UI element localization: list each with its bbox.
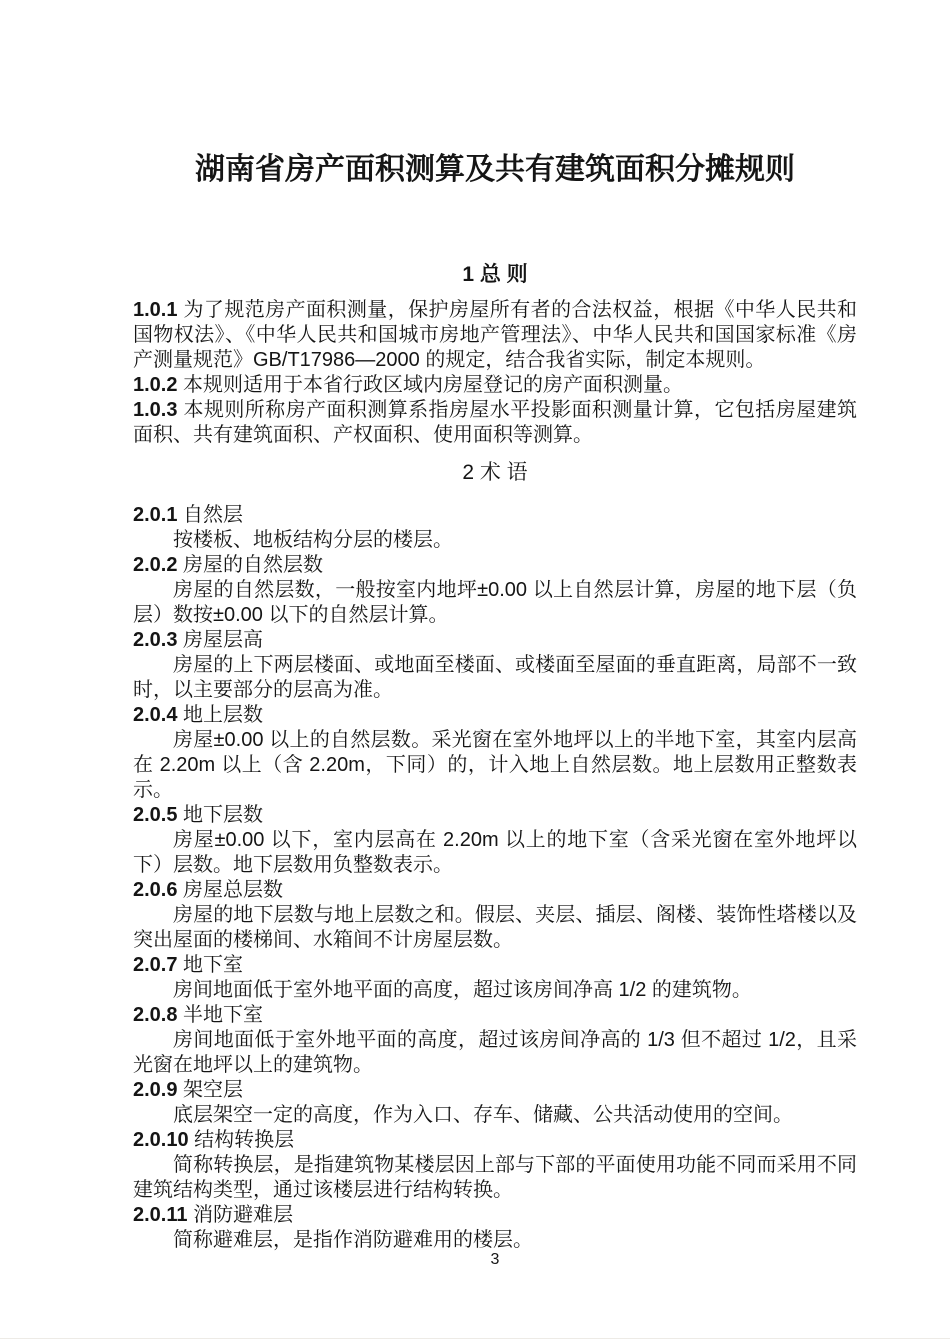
term-text: 消防避难层 [193,1204,293,1226]
section-1: 1 总 则1.0.1 为了规范房产面积测量，保护房屋所有者的合法权益，根据《中华… [133,260,857,448]
term-line: 2.0.9 架空层 [133,1078,857,1103]
term-text: 地上层数 [183,704,263,726]
definition-text: 底层架空一定的高度，作为入口、存车、储藏、公共活动使用的空间。 [133,1103,857,1128]
definition-text: 房屋的地下层数与地上层数之和。假层、夹层、插层、阁楼、装饰性塔楼以及突出屋面的楼… [133,903,857,953]
term-line: 2.0.10 结构转换层 [133,1128,857,1153]
clause: 1.0.3 本规则所称房产面积测算系指房屋水平投影面积测量计算，它包括房屋建筑面… [133,398,857,448]
clause-number: 2.0.10 [133,1129,189,1151]
document-page: 湖南省房产面积测算及共有建筑面积分摊规则 1 总 则1.0.1 为了规范房产面积… [133,0,857,1271]
clause-number: 2.0.1 [133,504,177,526]
clause-number: 2.0.8 [133,1004,177,1026]
clause: 1.0.2 本规则适用于本省行政区域内房屋登记的房产面积测量。 [133,373,857,398]
term-text: 结构转换层 [194,1129,294,1151]
term-line: 2.0.2 房屋的自然层数 [133,553,857,578]
definition-text: 简称转换层，是指建筑物某楼层因上部与下部的平面使用功能不同而采用不同建筑结构类型… [133,1153,857,1203]
definition-text: 按楼板、地板结构分层的楼层。 [133,528,857,553]
term-text: 房屋层高 [183,629,263,651]
clause-number: 2.0.11 [133,1204,188,1226]
term-text: 架空层 [183,1079,243,1101]
document-title: 湖南省房产面积测算及共有建筑面积分摊规则 [133,150,857,190]
term-line: 2.0.6 房屋总层数 [133,878,857,903]
definition-text: 房间地面低于室外地平面的高度，超过该房间净高的 1/3 但不超过 1/2，且采光… [133,1028,857,1078]
term-line: 2.0.4 地上层数 [133,703,857,728]
clause-number: 2.0.4 [133,704,177,726]
clause-number: 2.0.3 [133,629,177,651]
term-line: 2.0.11 消防避难层 [133,1203,857,1228]
term-text: 地下室 [183,954,243,976]
definition-text: 房屋的上下两层楼面、或地面至楼面、或楼面至屋面的垂直距离，局部不一致时，以主要部… [133,653,857,703]
term-text: 半地下室 [183,1004,263,1026]
clause: 1.0.1 为了规范房产面积测量，保护房屋所有者的合法权益，根据《中华人民共和国… [133,298,857,373]
term-text: 房屋总层数 [183,879,283,901]
definition-text: 房屋的自然层数，一般按室内地坪±0.00 以上自然层计算，房屋的地下层（负层）数… [133,578,857,628]
definition-text: 房间地面低于室外地平面的高度，超过该房间净高 1/2 的建筑物。 [133,978,857,1003]
clause-text: 为了规范房产面积测量，保护房屋所有者的合法权益，根据《中华人民共和国物权法》、《… [133,299,857,371]
clause-number: 1.0.2 [133,374,177,396]
clause-text: 本规则所称房产面积测算系指房屋水平投影面积测量计算，它包括房屋建筑面积、共有建筑… [133,399,857,446]
clause-number: 2.0.9 [133,1079,177,1101]
term-text: 自然层 [183,504,243,526]
clause-number: 2.0.7 [133,954,177,976]
clause-number: 2.0.5 [133,804,177,826]
term-line: 2.0.7 地下室 [133,953,857,978]
clause-text: 本规则适用于本省行政区域内房屋登记的房产面积测量。 [183,374,683,396]
definition-text: 房屋±0.00 以下，室内层高在 2.20m 以上的地下室（含采光窗在室外地坪以… [133,828,857,878]
clause-number: 2.0.2 [133,554,177,576]
sections-container: 1 总 则1.0.1 为了规范房产面积测量，保护房屋所有者的合法权益，根据《中华… [133,260,857,1253]
term-line: 2.0.3 房屋层高 [133,628,857,653]
section-heading: 1 总 则 [133,260,857,290]
term-line: 2.0.1 自然层 [133,503,857,528]
section-2: 2 术 语2.0.1 自然层按楼板、地板结构分层的楼层。2.0.2 房屋的自然层… [133,458,857,1253]
clause-number: 2.0.6 [133,879,177,901]
term-text: 房屋的自然层数 [183,554,323,576]
term-text: 地下层数 [183,804,263,826]
definition-text: 房屋±0.00 以上的自然层数。采光窗在室外地坪以上的半地下室，其室内层高在 2… [133,728,857,803]
term-line: 2.0.5 地下层数 [133,803,857,828]
section-heading: 2 术 语 [133,458,857,488]
page-bottom-rule [0,1338,950,1339]
clause-number: 1.0.1 [133,299,177,321]
term-line: 2.0.8 半地下室 [133,1003,857,1028]
clause-number: 1.0.3 [133,399,177,421]
